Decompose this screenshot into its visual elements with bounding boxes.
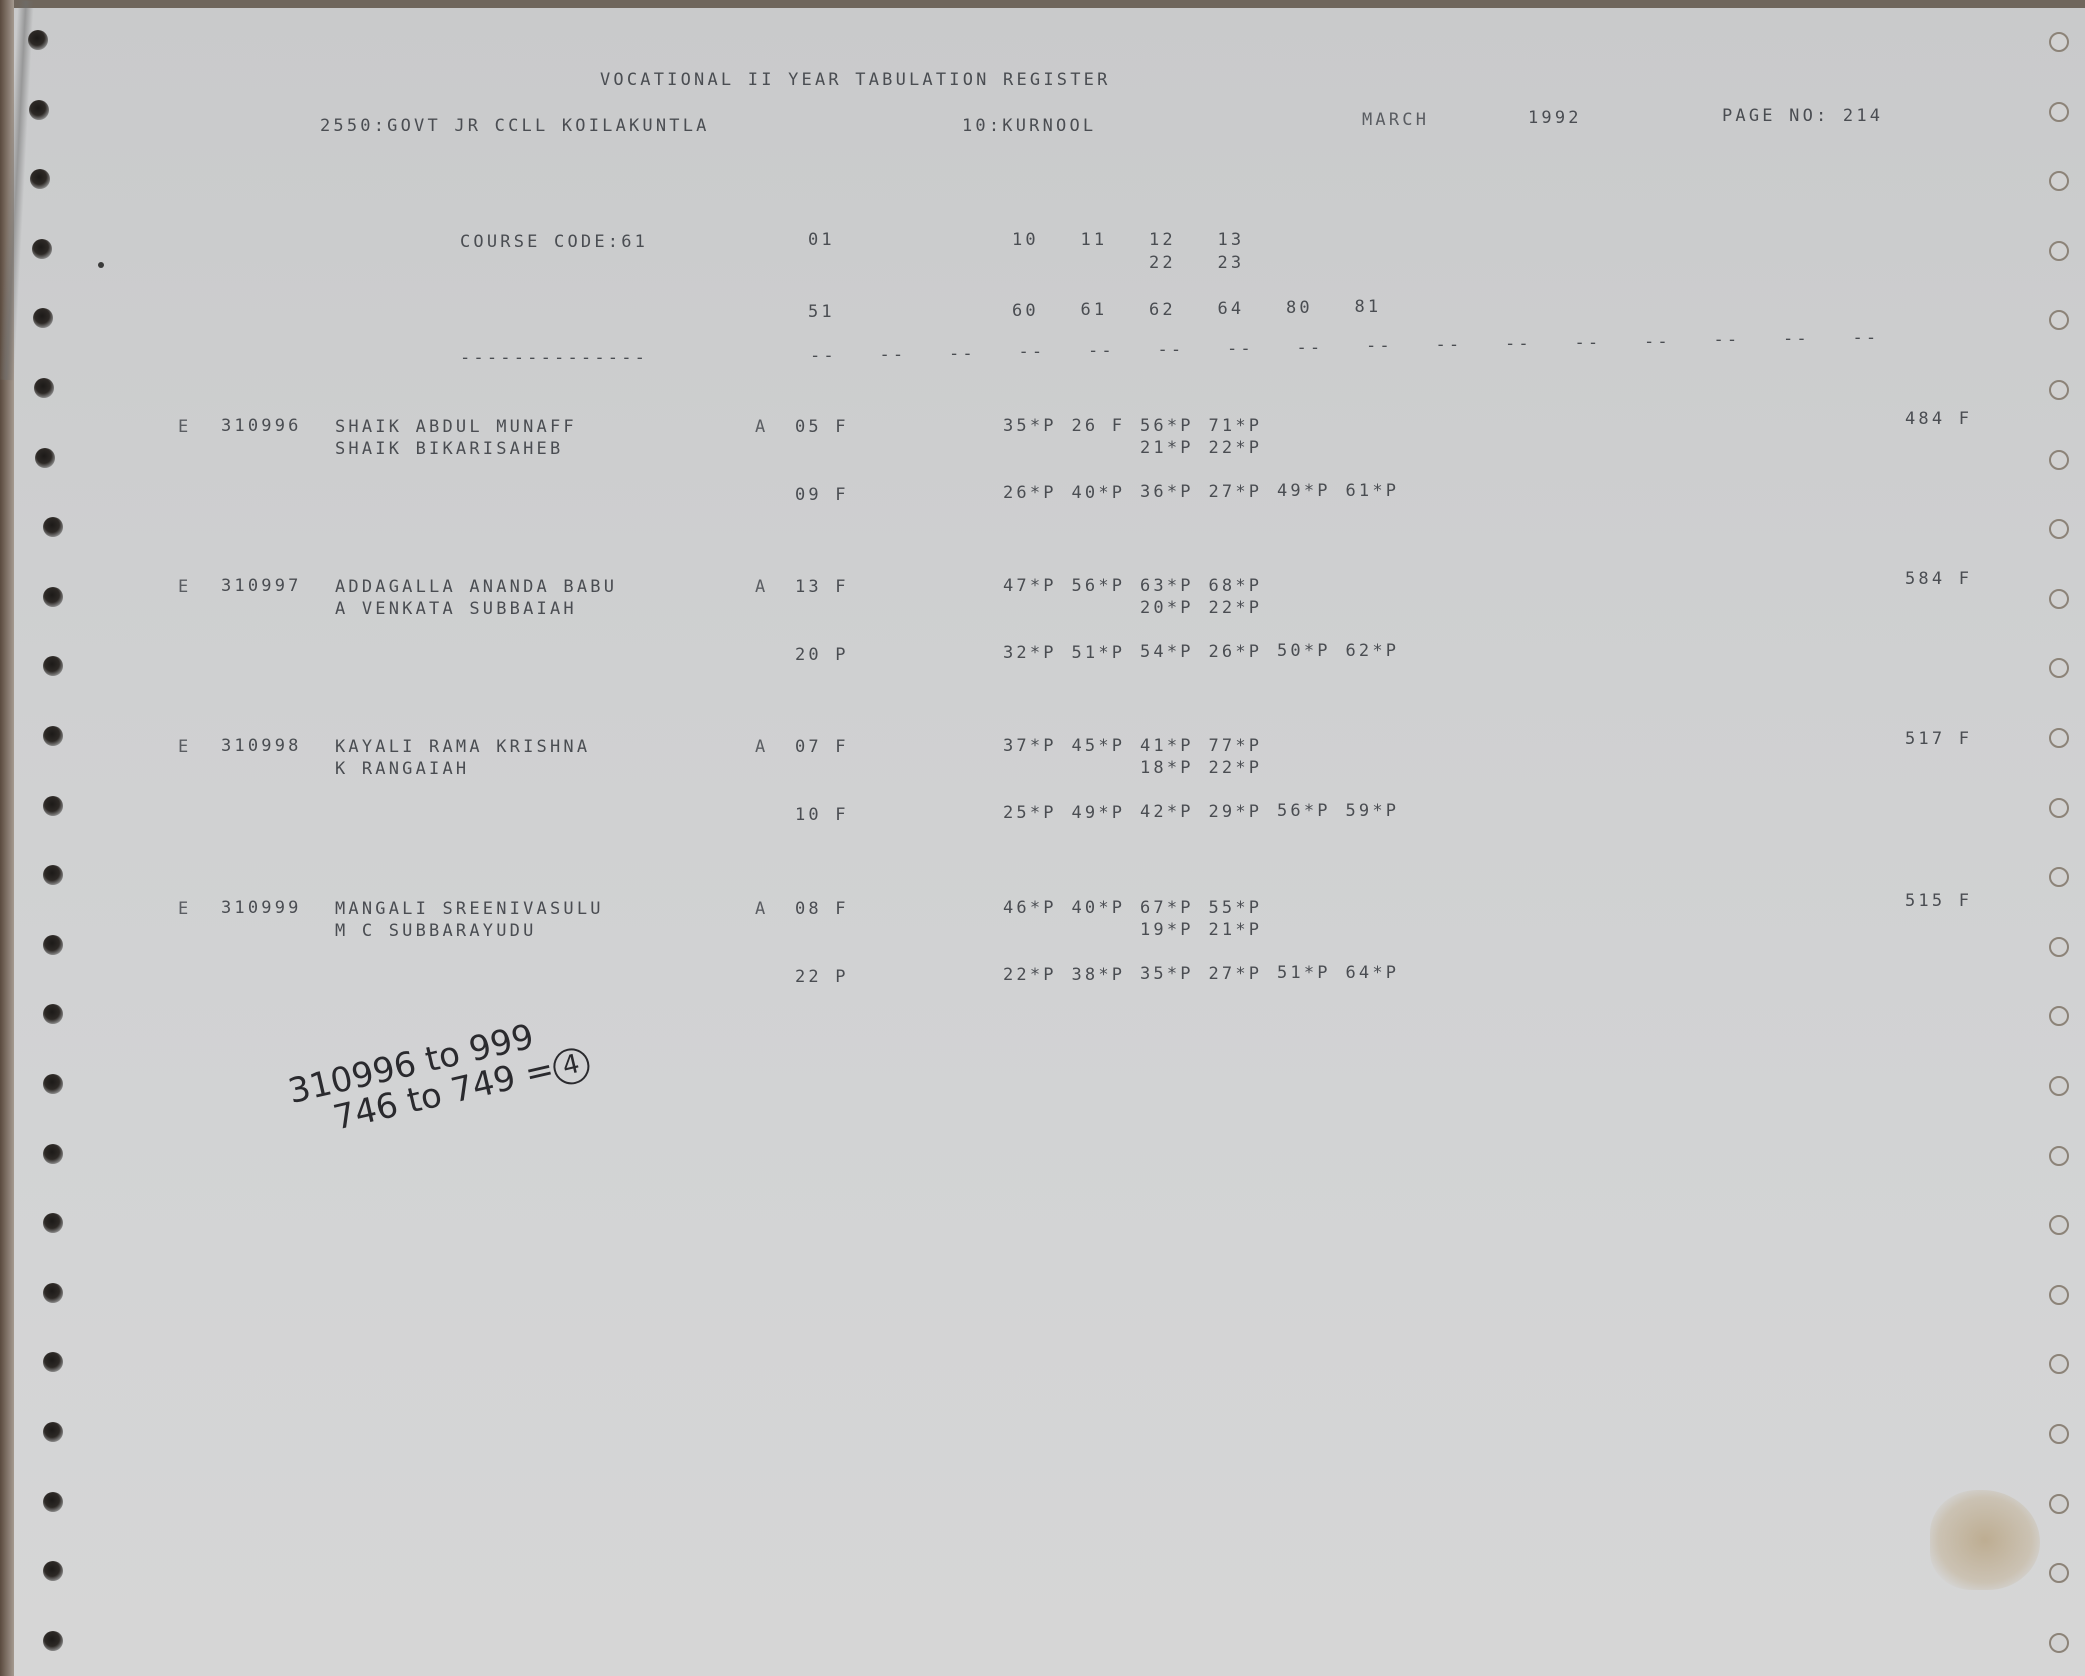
- column-code: 80: [1286, 298, 1313, 318]
- first-year-code: 07 F: [795, 737, 849, 757]
- mark-cell: 35*P: [1003, 416, 1057, 436]
- column-underline: --------------: [460, 348, 648, 368]
- second-year-code: 10 F: [795, 805, 849, 825]
- course-code: COURSE CODE:61: [460, 232, 648, 252]
- column-underline: --: [949, 344, 976, 364]
- column-underline: --: [1575, 333, 1602, 353]
- mark-cell: 55*P: [1209, 898, 1263, 918]
- feed-hole: [28, 30, 48, 50]
- feed-hole: [2049, 380, 2069, 400]
- roll-number: 310998: [221, 736, 302, 756]
- mark-cell: 46*P: [1003, 898, 1057, 918]
- feed-hole: [2049, 102, 2069, 122]
- mark-cell: 32*P: [1003, 643, 1057, 663]
- mark-cell: 42*P: [1140, 802, 1194, 822]
- roll-number: 310997: [221, 576, 302, 596]
- mark-cell: 26 F: [1072, 416, 1126, 436]
- report-title: VOCATIONAL II YEAR TABULATION REGISTER: [600, 70, 1111, 90]
- column-code: 62: [1149, 300, 1176, 320]
- column-underline: --: [1297, 338, 1324, 358]
- total-result: 484 F: [1905, 409, 1972, 429]
- mark-cell: 56*P: [1277, 801, 1331, 821]
- column-underline: --: [1644, 332, 1671, 352]
- column-underline: --: [880, 345, 907, 365]
- mark-cell: 21*P: [1209, 920, 1263, 940]
- feed-hole: [2049, 937, 2069, 957]
- mark-cell: 51*P: [1277, 963, 1331, 983]
- mark-cell: 45*P: [1072, 736, 1126, 756]
- mark-cell: 21*P: [1140, 438, 1194, 458]
- feed-hole: [2049, 728, 2069, 748]
- feed-hole: [2049, 1146, 2069, 1166]
- column-code: 12: [1149, 230, 1176, 250]
- exam-type: E: [178, 577, 191, 597]
- feed-hole: [2049, 241, 2069, 261]
- tabulation-sheet: [0, 8, 2085, 1676]
- column-code: 22: [1149, 253, 1176, 273]
- mark-cell: 49*P: [1072, 803, 1126, 823]
- mark-cell: 22*P: [1209, 758, 1263, 778]
- mark-cell: 67*P: [1140, 898, 1194, 918]
- group-code: A: [755, 899, 768, 919]
- feed-hole: [2049, 1633, 2069, 1653]
- feed-hole: [2049, 798, 2069, 818]
- exam-type: E: [178, 417, 191, 437]
- feed-hole: [43, 1283, 63, 1303]
- mark-cell: 18*P: [1140, 758, 1194, 778]
- column-code: 64: [1218, 299, 1245, 319]
- feed-hole: [43, 796, 63, 816]
- column-underline: --: [1853, 328, 1880, 348]
- column-code: 01: [808, 230, 835, 250]
- parent-name: SHAIK BIKARISAHEB: [335, 439, 563, 459]
- feed-hole: [29, 100, 49, 120]
- column-code: 61: [1081, 300, 1108, 320]
- group-code: A: [755, 577, 768, 597]
- mark-cell: 29*P: [1209, 802, 1263, 822]
- feed-hole: [2049, 32, 2069, 52]
- roll-number: 310996: [221, 416, 302, 436]
- first-year-code: 08 F: [795, 899, 849, 919]
- feed-hole: [2049, 1076, 2069, 1096]
- student-name: SHAIK ABDUL MUNAFF: [335, 417, 577, 437]
- column-underline: --: [1227, 339, 1254, 359]
- speck-mark: [98, 262, 104, 268]
- feed-hole: [43, 1631, 63, 1651]
- roll-number: 310999: [221, 898, 302, 918]
- mark-cell: 56*P: [1072, 576, 1126, 596]
- mark-cell: 38*P: [1072, 965, 1126, 985]
- column-underline: --: [1158, 340, 1185, 360]
- mark-cell: 62*P: [1346, 641, 1400, 661]
- mark-cell: 20*P: [1140, 598, 1194, 618]
- exam-year: 1992: [1528, 108, 1582, 128]
- mark-cell: 41*P: [1140, 736, 1194, 756]
- second-year-code: 09 F: [795, 485, 849, 505]
- stain-mark: [1930, 1490, 2040, 1590]
- mark-cell: 40*P: [1072, 483, 1126, 503]
- mark-cell: 22*P: [1209, 438, 1263, 458]
- column-underline: --: [1505, 334, 1532, 354]
- mark-cell: 22*P: [1003, 965, 1057, 985]
- mark-cell: 49*P: [1277, 481, 1331, 501]
- column-underline: --: [1783, 329, 1810, 349]
- mark-cell: 51*P: [1072, 643, 1126, 663]
- feed-hole: [2049, 450, 2069, 470]
- exam-type: E: [178, 899, 191, 919]
- mark-cell: 59*P: [1346, 801, 1400, 821]
- feed-hole: [2049, 589, 2069, 609]
- exam-type: E: [178, 737, 191, 757]
- column-code: 23: [1218, 253, 1245, 273]
- column-underline: --: [1714, 330, 1741, 350]
- mark-cell: 61*P: [1346, 481, 1400, 501]
- mark-cell: 64*P: [1346, 963, 1400, 983]
- column-code: 13: [1218, 230, 1245, 250]
- total-result: 517 F: [1905, 729, 1972, 749]
- mark-cell: 68*P: [1209, 576, 1263, 596]
- mark-cell: 19*P: [1140, 920, 1194, 940]
- feed-hole: [43, 935, 63, 955]
- total-result: 584 F: [1905, 569, 1972, 589]
- mark-cell: 56*P: [1140, 416, 1194, 436]
- feed-hole: [2049, 1424, 2069, 1444]
- mark-cell: 63*P: [1140, 576, 1194, 596]
- second-year-code: 22 P: [795, 967, 849, 987]
- column-code: 60: [1012, 301, 1039, 321]
- mark-cell: 35*P: [1140, 964, 1194, 984]
- group-code: A: [755, 737, 768, 757]
- feed-hole: [43, 587, 63, 607]
- exam-month: MARCH: [1362, 110, 1429, 130]
- mark-cell: 36*P: [1140, 482, 1194, 502]
- feed-hole: [32, 239, 52, 259]
- feed-hole: [2049, 1285, 2069, 1305]
- mark-cell: 54*P: [1140, 642, 1194, 662]
- mark-cell: 22*P: [1209, 598, 1263, 618]
- mark-cell: 27*P: [1209, 482, 1263, 502]
- column-code: 81: [1355, 297, 1382, 317]
- mark-cell: 50*P: [1277, 641, 1331, 661]
- mark-cell: 25*P: [1003, 803, 1057, 823]
- feed-hole: [35, 448, 55, 468]
- second-year-code: 20 P: [795, 645, 849, 665]
- total-result: 515 F: [1905, 891, 1972, 911]
- district-name: 10:KURNOOL: [962, 116, 1096, 136]
- column-code: 11: [1081, 230, 1108, 250]
- student-name: ADDAGALLA ANANDA BABU: [335, 577, 617, 597]
- student-name: MANGALI SREENIVASULU: [335, 899, 604, 919]
- mark-cell: 71*P: [1209, 416, 1263, 436]
- mark-cell: 77*P: [1209, 736, 1263, 756]
- column-underline: --: [1088, 341, 1115, 361]
- page-number: PAGE NO: 214: [1722, 106, 1883, 126]
- parent-name: A VENKATA SUBBAIAH: [335, 599, 577, 619]
- mark-cell: 26*P: [1209, 642, 1263, 662]
- feed-hole: [43, 1144, 63, 1164]
- college-name: 2550:GOVT JR CCLL KOILAKUNTLA: [320, 116, 710, 136]
- feed-hole: [34, 378, 54, 398]
- feed-hole: [43, 1492, 63, 1512]
- student-name: KAYALI RAMA KRISHNA: [335, 737, 590, 757]
- feed-hole: [2049, 1494, 2069, 1514]
- column-underline: --: [1366, 336, 1393, 356]
- column-underline: --: [1019, 342, 1046, 362]
- parent-name: K RANGAIAH: [335, 759, 469, 779]
- mark-cell: 37*P: [1003, 736, 1057, 756]
- mark-cell: 27*P: [1209, 964, 1263, 984]
- group-code: A: [755, 417, 768, 437]
- first-year-code: 05 F: [795, 417, 849, 437]
- mark-cell: 40*P: [1072, 898, 1126, 918]
- column-underline: --: [810, 346, 837, 366]
- column-underline: --: [1436, 335, 1463, 355]
- mark-cell: 47*P: [1003, 576, 1057, 596]
- column-code: 10: [1012, 230, 1039, 250]
- mark-cell: 26*P: [1003, 483, 1057, 503]
- column-code: 51: [808, 302, 835, 322]
- first-year-code: 13 F: [795, 577, 849, 597]
- parent-name: M C SUBBARAYUDU: [335, 921, 537, 941]
